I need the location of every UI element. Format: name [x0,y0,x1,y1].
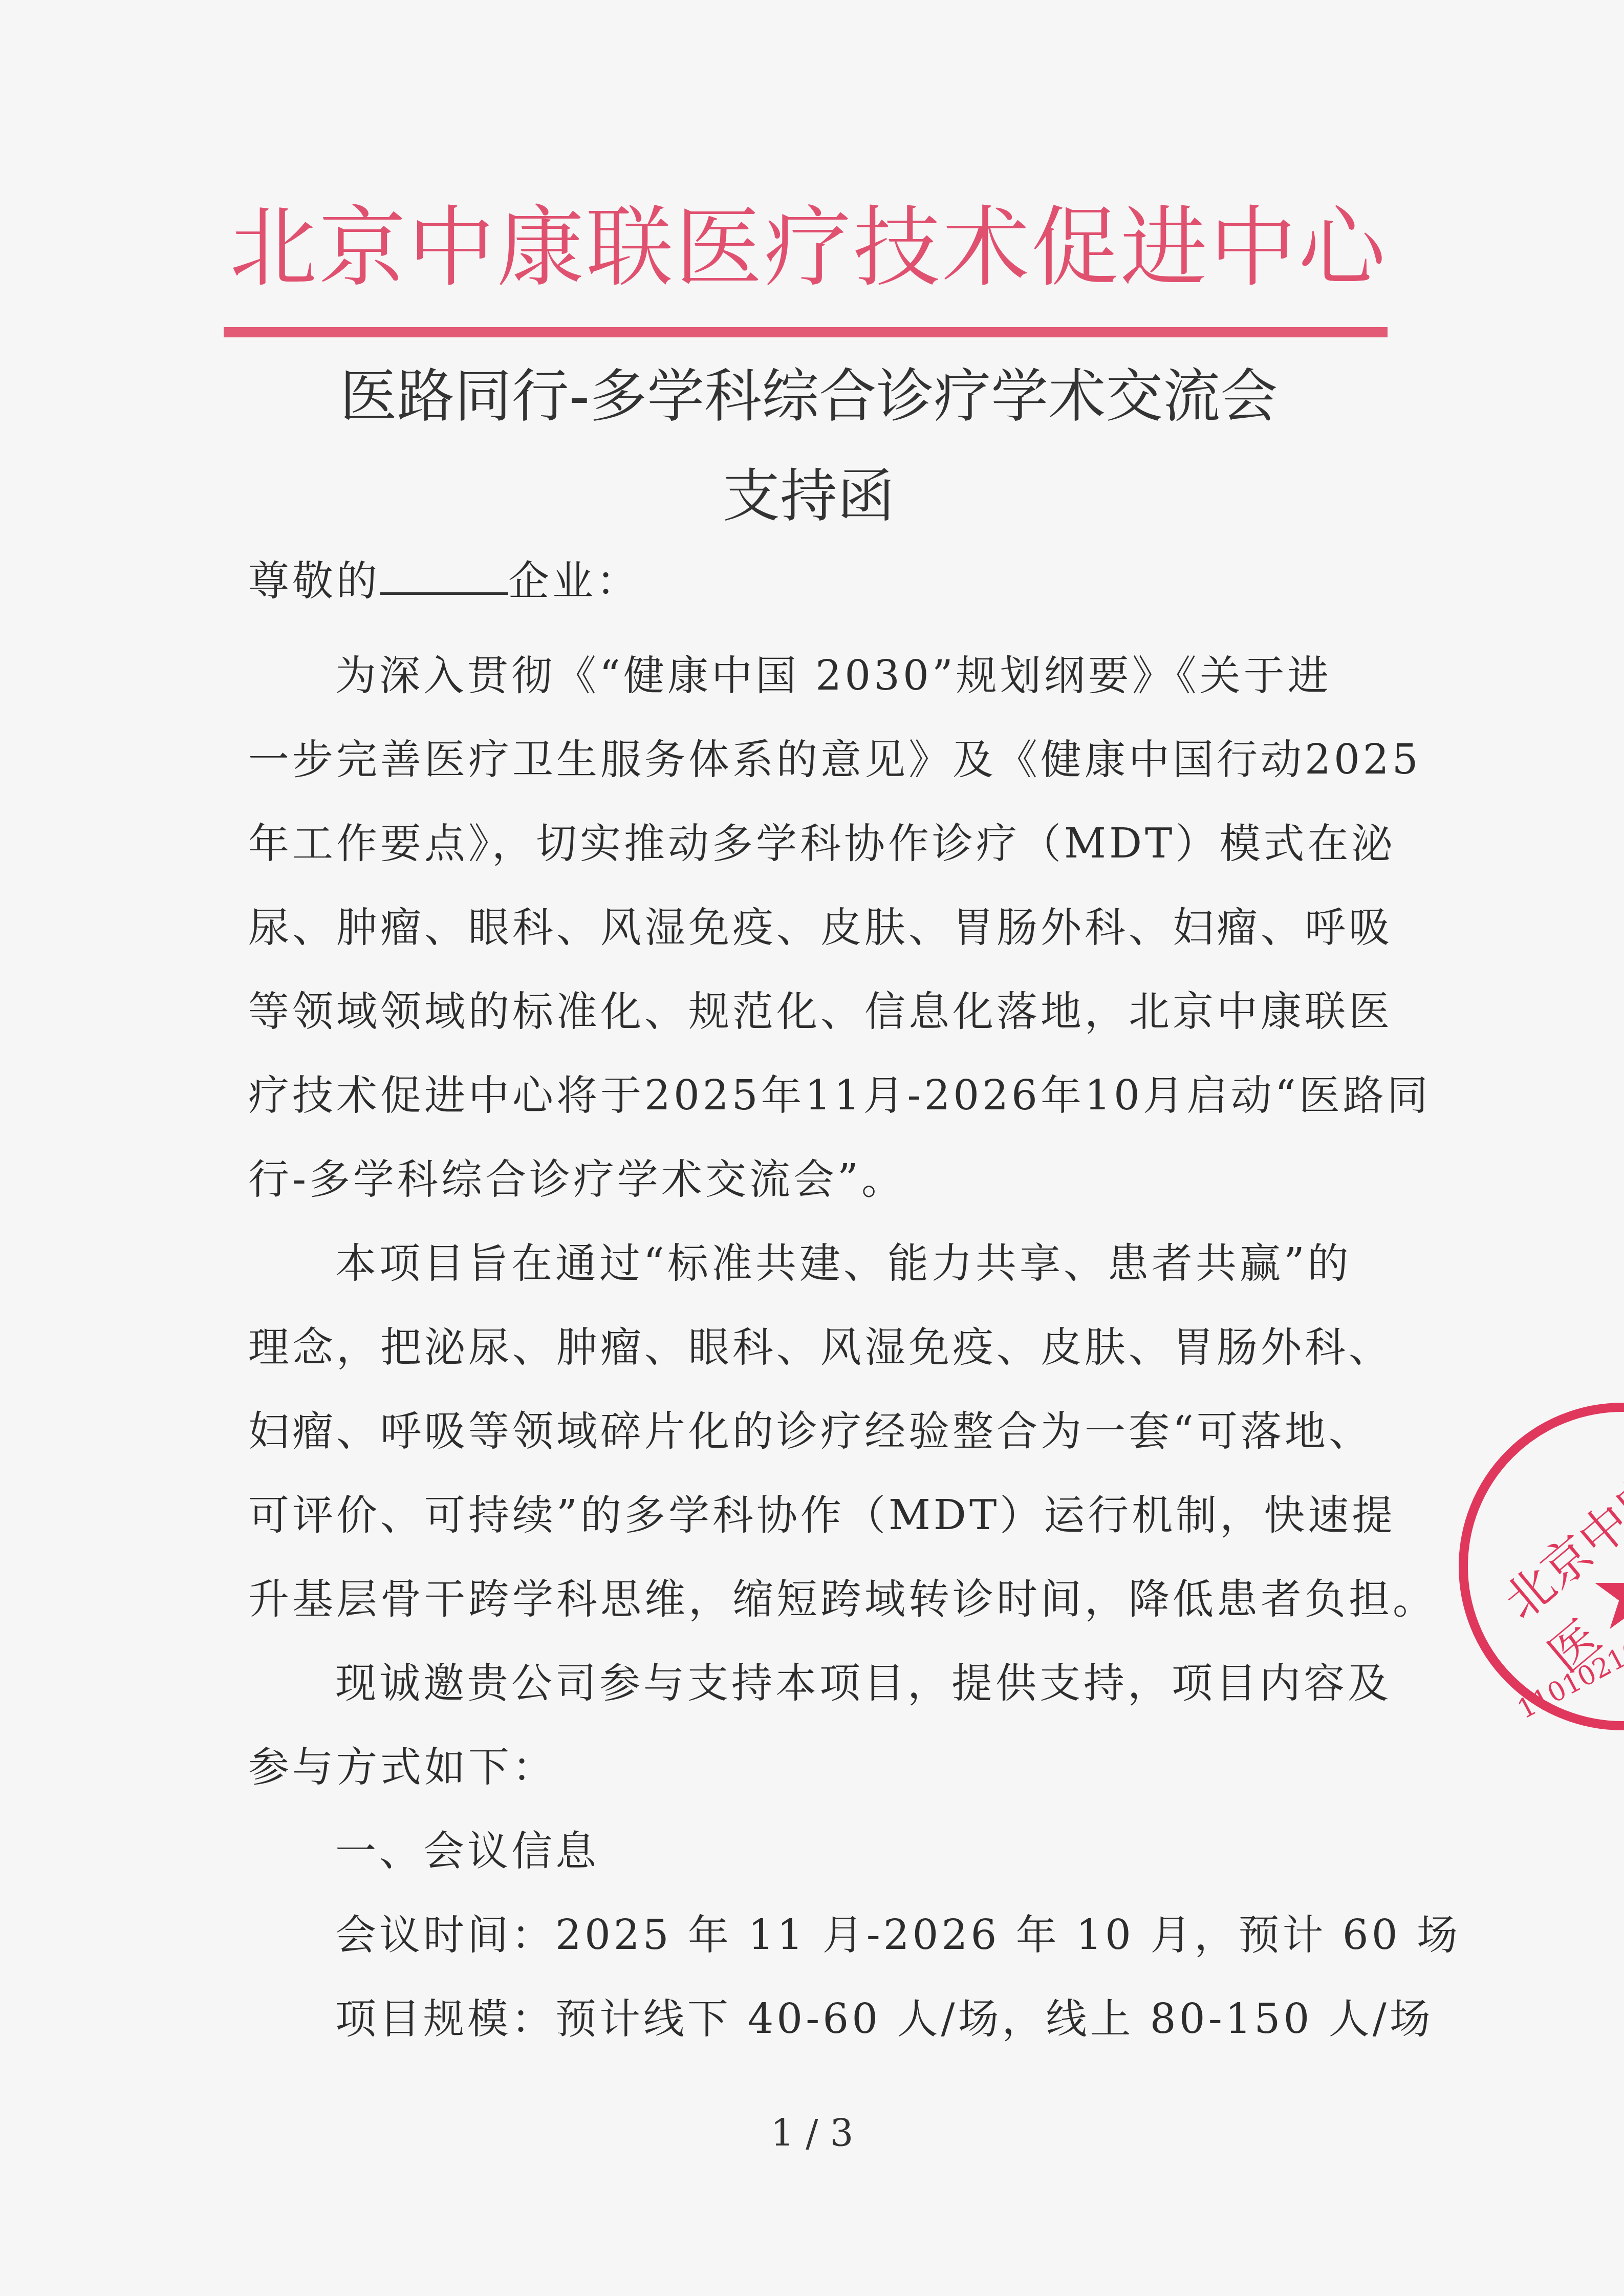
seal-star-icon: ★ [1588,1542,1624,1645]
official-seal: 北京中康联医 ★ 11010210200 [1459,1403,1624,1730]
body-line: 妇瘤、呼吸等领域碎片化的诊疗经验整合为一套“可落地、 [248,1406,1373,1457]
body-line: 疗技术促进中心将于2025年11月-2026年10月启动“医路同 [248,1070,1431,1121]
letterhead-org-name: 北京中康联医疗技术促进中心 [225,197,1392,299]
body-line: 等领域领域的标准化、规范化、信息化落地，北京中康联医 [248,986,1393,1037]
letterhead-red-rule [224,327,1388,337]
body-line: 参与方式如下： [248,1742,556,1793]
body-line: 升基层骨干跨学科思维，缩短跨域转诊时间，降低患者负担。 [248,1574,1437,1625]
body-line: 年工作要点》，切实推动多学科协作诊疗（MDT）模式在泌 [248,818,1395,869]
document-subtitle: 支持函 [225,463,1392,530]
body-line: 为深入贯彻《“健康中国 2030”规划纲要》《关于进 [335,650,1332,701]
salutation-prefix: 尊敬的 [248,557,380,605]
body-line: 行-多学科综合诊疗学术交流会”。 [248,1154,905,1205]
body-line: 一步完善医疗卫生服务体系的意见》及《健康中国行动2025 [248,734,1421,785]
project-scale: 项目规模：预计线下 40-60 人/场，线上 80-150 人/场 [335,1993,1434,2045]
section-heading: 一、会议信息 [335,1826,599,1877]
body-line: 尿、肿瘤、眼科、风湿免疫、皮肤、胃肠外科、妇瘤、呼吸 [248,902,1393,953]
body-line: 理念，把泌尿、肿瘤、眼科、风湿免疫、皮肤、胃肠外科、 [248,1322,1393,1373]
company-name-blank [380,562,508,595]
page-number: 1 / 3 [0,2112,1624,2155]
document-title: 医路同行-多学科综合诊疗学术交流会 [225,363,1392,430]
body-line: 本项目旨在通过“标准共建、能力共享、患者共赢”的 [335,1238,1352,1289]
salutation-suffix: 企业： [508,557,640,605]
salutation: 尊敬的企业： [248,555,640,607]
meeting-time: 会议时间：2025 年 11 月-2026 年 10 月，预计 60 场 [335,1909,1461,1961]
body-line: 可评价、可持续”的多学科协作（MDT）运行机制，快速提 [248,1490,1396,1541]
body-line: 现诚邀贵公司参与支持本项目，提供支持，项目内容及 [335,1658,1392,1709]
